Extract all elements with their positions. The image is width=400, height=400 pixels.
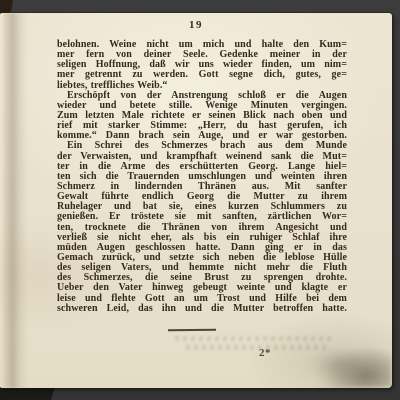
book-page: 19 belohnen. Weine nicht um mich und hal… xyxy=(0,13,392,388)
text-line: schweren Leid, das ihn und die Mutter be… xyxy=(57,304,347,314)
corner-stain xyxy=(300,331,390,386)
text-line: Ueber den Vater hinweg gebeugt weinte un… xyxy=(57,283,347,293)
scan-background: 19 belohnen. Weine nicht um mich und hal… xyxy=(0,0,400,400)
gutter-shadow xyxy=(3,13,27,388)
page-number: 19 xyxy=(0,19,392,31)
text-line: genießen. Er tröstete sie mit sanften, z… xyxy=(57,212,347,222)
section-rule xyxy=(168,329,216,331)
body-text: belohnen. Weine nicht um mich und halte … xyxy=(57,40,347,314)
signature-mark: 2* xyxy=(259,347,271,359)
